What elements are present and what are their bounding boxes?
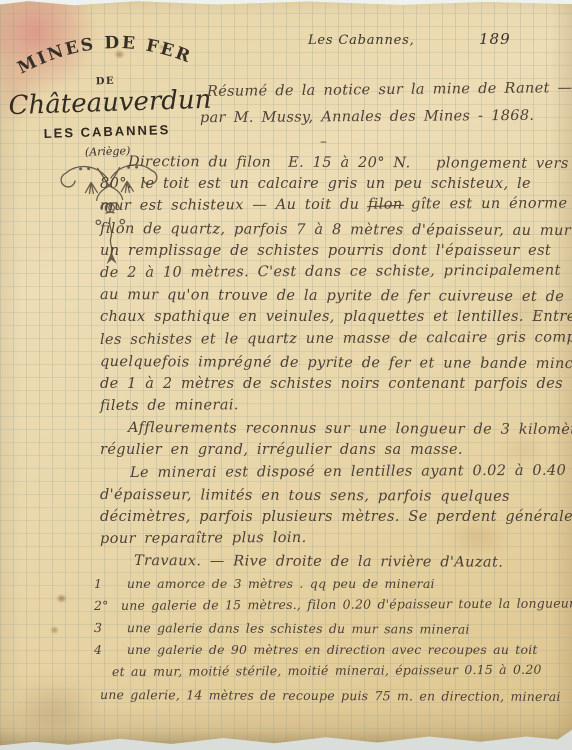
company-arched-text: MINES DE FER xyxy=(13,31,195,79)
text-segment: les schistes et le quartz une masse de c… xyxy=(100,329,572,348)
handwritten-line: et au mur, moitié stérile, moitié minera… xyxy=(112,659,570,684)
text-segment: pour reparaître plus loin. xyxy=(100,530,307,547)
handwritten-line: 3 une galerie dans les schistes du mur s… xyxy=(94,617,570,641)
text-segment: décimètres, parfois plusieurs mètres. Se… xyxy=(100,509,572,525)
text-segment: 80°. le toit est un calcaire gris un peu… xyxy=(100,176,531,192)
letterhead-town: LES CABANNES xyxy=(9,121,204,142)
handwritten-line: filets de minerai. xyxy=(100,393,570,418)
handwritten-line: les schistes et le quartz une masse de c… xyxy=(100,326,570,351)
text-segment: 4 une galerie de 90 mètres en direction … xyxy=(94,642,538,657)
text-segment: Direction du filon E. 15 à 20° N. plonge… xyxy=(128,154,572,172)
handwritten-line: filon de quartz, parfois 7 à 8 mètres d'… xyxy=(100,218,570,242)
text-segment: Le minerai est disposé en lentilles ayan… xyxy=(130,462,566,480)
text-segment: un remplissage de schistes pourris dont … xyxy=(100,243,551,259)
document-title-line2: par M. Mussy, Annales des Mines - 1868. xyxy=(200,108,534,126)
text-segment: une galerie, 14 mètres de recoupe puis 7… xyxy=(100,687,561,704)
handwritten-line: 1 une amorce de 3 mètres . qq peu de min… xyxy=(94,573,570,595)
text-segment: Affleurements reconnus sur une longueur … xyxy=(128,420,572,438)
heading-separator: – xyxy=(320,134,327,150)
text-segment: quelquefois imprégné de pyrite de fer et… xyxy=(100,354,572,372)
text-segment: mur est schisteux — Au toit du xyxy=(100,197,368,214)
text-segment: 3 une galerie dans les schistes du mur s… xyxy=(94,620,470,637)
handwritten-line: régulier en grand, irrégulier dans sa ma… xyxy=(100,439,570,461)
text-segment: d'épaisseur, limités en tous sens, parfo… xyxy=(100,487,510,505)
handwritten-line: au mur qu'on trouve de la pyrite de fer … xyxy=(100,284,570,308)
handwritten-line: de 1 à 2 mètres de schistes noirs conten… xyxy=(100,373,570,395)
text-segment: de 1 à 2 mètres de schistes noirs conten… xyxy=(100,376,563,392)
handwritten-line: mur est schisteux — Au toit du filon gît… xyxy=(100,193,570,218)
text-segment: 2° une galerie de 15 mètres., filon 0.20… xyxy=(94,595,572,613)
text-segment: chaux spathique en veinules, plaquettes … xyxy=(100,309,572,325)
text-segment: gîte est un énorme xyxy=(403,196,568,213)
handwritten-line: chaux spathique en veinules, plaquettes … xyxy=(100,306,570,328)
handwritten-line: un remplissage de schistes pourris dont … xyxy=(100,240,570,262)
dateline-place: Les Cabannes, xyxy=(308,33,415,48)
text-segment: et au mur, moitié stérile, moitié minera… xyxy=(112,662,542,679)
document-paper: MINES DE FER DE Châteauverdun LES CABANN… xyxy=(0,0,572,750)
text-segment: 1 une amorce de 3 mètres . qq peu de min… xyxy=(94,576,435,591)
handwritten-line: pour reparaître plus loin. xyxy=(100,526,570,551)
text-segment: au mur qu'on trouve de la pyrite de fer … xyxy=(100,287,572,305)
handwritten-line: d'épaisseur, limités en tous sens, parfo… xyxy=(100,484,570,508)
text-segment: Travaux. — Rive droite de la rivière d'A… xyxy=(134,553,503,571)
company-name-arched: MINES DE FER xyxy=(13,31,195,79)
handwritten-line: Travaux. — Rive droite de la rivière d'A… xyxy=(134,550,570,574)
dateline-year: 189 xyxy=(479,30,511,48)
handwritten-line: de 2 à 10 mètres. C'est dans ce schiste,… xyxy=(100,259,570,284)
struck-word: filon xyxy=(368,197,403,213)
text-segment: filets de minerai. xyxy=(100,397,239,414)
handwritten-line: une galerie, 14 mètres de recoupe puis 7… xyxy=(100,684,570,708)
handwritten-line: décimètres, parfois plusieurs mètres. Se… xyxy=(100,506,570,528)
company-name-script: Châteauverdun xyxy=(8,85,204,121)
handwritten-line: Direction du filon E. 15 à 20° N. plonge… xyxy=(128,151,570,175)
handwritten-line: 2° une galerie de 15 mètres., filon 0.20… xyxy=(94,592,570,617)
text-segment: filon de quartz, parfois 7 à 8 mètres d'… xyxy=(100,221,571,239)
handwritten-body: Direction du filon E. 15 à 20° N. plonge… xyxy=(100,151,570,706)
handwritten-line: Affleurements reconnus sur une longueur … xyxy=(128,417,570,441)
scan-background: MINES DE FER DE Châteauverdun LES CABANN… xyxy=(0,0,572,750)
text-segment: de 2 à 10 mètres. C'est dans ce schiste,… xyxy=(100,263,561,281)
handwritten-line: Le minerai est disposé en lentilles ayan… xyxy=(130,459,570,483)
handwritten-line: quelquefois imprégné de pyrite de fer et… xyxy=(100,351,570,375)
text-segment: régulier en grand, irrégulier dans sa ma… xyxy=(100,442,463,458)
